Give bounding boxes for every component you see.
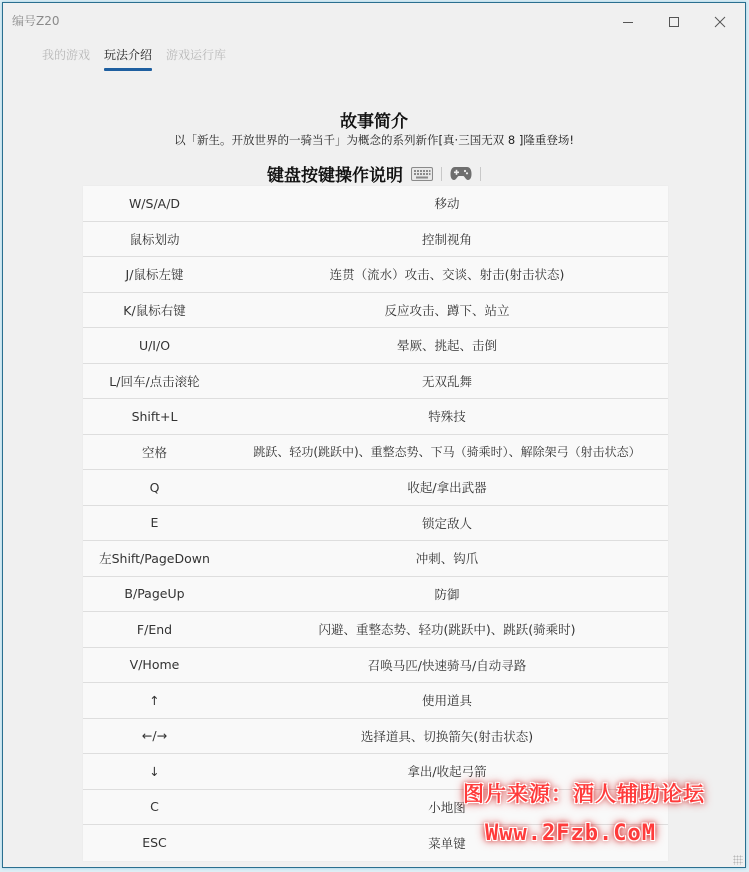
- action-cell: 特殊技: [226, 407, 668, 425]
- action-cell: 闪避、重整态势、轻功(跳跃中)、跳跃(骑乘时): [226, 620, 668, 638]
- table-row: J/鼠标左键连贯（流水）攻击、交谈、射击(射击状态): [83, 257, 668, 293]
- table-row: 左Shift/PageDown冲刺、钩爪: [83, 541, 668, 577]
- action-cell: 控制视角: [226, 230, 668, 248]
- tab-bar: 我的游戏 玩法介绍 游戏运行库: [41, 47, 227, 73]
- close-icon: [714, 16, 726, 28]
- maximize-button[interactable]: [651, 7, 697, 37]
- key-cell: J/鼠标左键: [83, 265, 226, 283]
- key-cell: Shift+L: [83, 409, 226, 424]
- tab-gameplay-intro[interactable]: 玩法介绍: [103, 47, 153, 73]
- key-cell: F/End: [83, 622, 226, 637]
- action-cell: 召唤马匹/快速骑马/自动寻路: [226, 656, 668, 674]
- table-row: V/Home召唤马匹/快速骑马/自动寻路: [83, 648, 668, 684]
- gamepad-icon: [450, 166, 472, 181]
- controls-heading: 键盘按键操作说明: [267, 161, 403, 186]
- table-row: ↓拿出/收起弓箭: [83, 754, 668, 790]
- key-cell: E: [83, 515, 226, 530]
- app-title: 编号Z20: [12, 12, 60, 29]
- story-title: 故事简介: [3, 107, 745, 132]
- table-row: K/鼠标右键反应攻击、蹲下、站立: [83, 293, 668, 329]
- action-cell: 防御: [226, 585, 668, 603]
- key-cell: L/回车/点击滚轮: [83, 372, 226, 390]
- key-cell: ←/→: [83, 728, 226, 743]
- key-cell: V/Home: [83, 657, 226, 672]
- table-row: L/回车/点击滚轮无双乱舞: [83, 364, 668, 400]
- maximize-icon: [668, 16, 680, 28]
- action-cell: 锁定敌人: [226, 514, 668, 532]
- keyboard-tab[interactable]: [411, 167, 433, 181]
- table-row: 空格跳跃、轻功(跳跃中)、重整态势、下马（骑乘时）、解除架弓（射击状态）: [83, 435, 668, 471]
- key-cell: C: [83, 799, 226, 814]
- table-row: F/End闪避、重整态势、轻功(跳跃中)、跳跃(骑乘时): [83, 612, 668, 648]
- action-cell: 晕厥、挑起、击倒: [226, 336, 668, 354]
- controls-heading-row: 键盘按键操作说明: [3, 161, 745, 186]
- app-window: 编号Z20 我的游戏 玩法介绍 游戏运行库 故事简介 以「新生。开放世界的一骑当…: [2, 2, 746, 868]
- table-row: Shift+L特殊技: [83, 399, 668, 435]
- keymap-table: W/S/A/D移动 鼠标划动控制视角 J/鼠标左键连贯（流水）攻击、交谈、射击(…: [83, 186, 668, 861]
- divider: [441, 167, 442, 181]
- gamepad-tab[interactable]: [450, 166, 472, 181]
- action-cell: 拿出/收起弓箭: [226, 762, 668, 780]
- story-description: 以「新生。开放世界的一骑当千」为概念的系列新作[真·三国无双 8 ]隆重登场!: [3, 132, 745, 148]
- key-cell: U/I/O: [83, 338, 226, 353]
- table-row: 鼠标划动控制视角: [83, 222, 668, 258]
- action-cell: 移动: [226, 194, 668, 212]
- key-cell: ↑: [83, 693, 226, 708]
- action-cell: 收起/拿出武器: [226, 478, 668, 496]
- action-cell: 无双乱舞: [226, 372, 668, 390]
- key-cell: B/PageUp: [83, 586, 226, 601]
- minimize-icon: [622, 16, 634, 28]
- key-cell: 鼠标划动: [83, 230, 226, 248]
- keyboard-icon: [411, 167, 433, 181]
- key-cell: ↓: [83, 764, 226, 779]
- title-bar[interactable]: 编号Z20: [3, 3, 745, 37]
- table-row: B/PageUp防御: [83, 577, 668, 613]
- key-cell: 空格: [83, 443, 226, 461]
- table-row: Q收起/拿出武器: [83, 470, 668, 506]
- key-cell: K/鼠标右键: [83, 301, 226, 319]
- action-cell: 冲刺、钩爪: [226, 549, 668, 567]
- action-cell: 连贯（流水）攻击、交谈、射击(射击状态): [226, 265, 668, 283]
- key-cell: W/S/A/D: [83, 196, 226, 211]
- key-cell: Q: [83, 480, 226, 495]
- resize-grip[interactable]: [733, 855, 743, 865]
- minimize-button[interactable]: [605, 7, 651, 37]
- key-cell: ESC: [83, 835, 226, 850]
- table-row: U/I/O晕厥、挑起、击倒: [83, 328, 668, 364]
- table-row: W/S/A/D移动: [83, 186, 668, 222]
- action-cell: 反应攻击、蹲下、站立: [226, 301, 668, 319]
- action-cell: 跳跃、轻功(跳跃中)、重整态势、下马（骑乘时）、解除架弓（射击状态）: [226, 443, 668, 460]
- table-row: ↑使用道具: [83, 683, 668, 719]
- table-row: E锁定敌人: [83, 506, 668, 542]
- action-cell: 使用道具: [226, 691, 668, 709]
- close-button[interactable]: [697, 7, 743, 37]
- tab-runtime-library[interactable]: 游戏运行库: [165, 47, 227, 73]
- divider: [480, 167, 481, 181]
- tab-my-games[interactable]: 我的游戏: [41, 47, 91, 73]
- action-cell: 菜单键: [226, 834, 668, 852]
- key-cell: 左Shift/PageDown: [83, 549, 226, 567]
- table-row: ESC菜单键: [83, 825, 668, 861]
- action-cell: 小地图: [226, 798, 668, 816]
- table-row: ←/→选择道具、切换箭矢(射击状态): [83, 719, 668, 755]
- action-cell: 选择道具、切换箭矢(射击状态): [226, 727, 668, 745]
- table-row: C小地图: [83, 790, 668, 826]
